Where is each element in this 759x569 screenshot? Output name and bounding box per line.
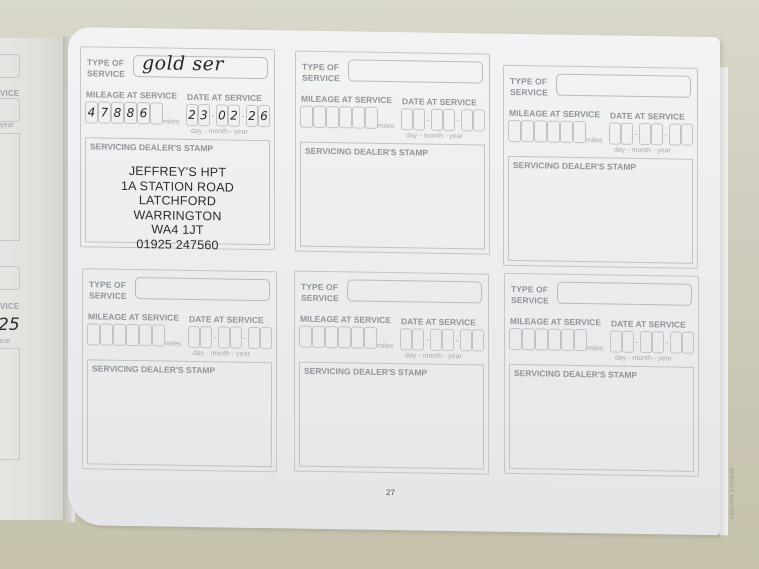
mileage-label: MILEAGE AT SERVICE: [88, 311, 179, 322]
date-field[interactable]: --: [401, 108, 485, 131]
dealer-stamp-label: SERVICING DEALER'S STAMP: [304, 366, 427, 378]
mileage-digit-box[interactable]: [312, 326, 325, 348]
mileage-digit-box[interactable]: [573, 121, 586, 143]
type-of-service-label: TYPE OF SERVICE: [87, 57, 125, 80]
mileage-digit-box[interactable]: [325, 326, 338, 348]
mileage-digit-box[interactable]: 7: [98, 101, 111, 123]
type-of-service-label: TYPE OF SERVICE: [511, 284, 549, 307]
miles-unit: miles: [163, 118, 179, 125]
date-digit-box[interactable]: [188, 326, 200, 348]
date-digit-box[interactable]: [460, 329, 472, 351]
miles-unit: miles: [165, 341, 181, 348]
prev-type-box: [0, 54, 20, 78]
mileage-digit-box[interactable]: [547, 121, 560, 143]
prev-stamp-box-2: [0, 348, 20, 460]
date-field[interactable]: --: [400, 328, 484, 351]
date-digit-box[interactable]: [461, 109, 473, 131]
dealer-stamp-label: SERVICING DEALER'S STAMP: [305, 146, 428, 158]
date-digit-box[interactable]: [401, 108, 413, 130]
mileage-digit-box[interactable]: [535, 328, 548, 350]
type-of-service-label: TYPE OF SERVICE: [510, 76, 548, 99]
date-digit-box[interactable]: 2: [186, 104, 198, 126]
date-digit-box[interactable]: [639, 123, 651, 145]
date-digit-box[interactable]: [442, 329, 454, 351]
date-digit-box[interactable]: [610, 331, 622, 353]
date-digit-box[interactable]: 0: [216, 104, 228, 126]
date-field[interactable]: 23-02-26: [186, 104, 270, 127]
prev-date-label-2: VICE: [0, 302, 19, 311]
prev-date-hint-2: ear: [0, 338, 11, 345]
date-format-hint: day - month - year: [406, 132, 463, 140]
date-digit-box[interactable]: [412, 328, 424, 350]
dealer-stamp-label: SERVICING DEALER'S STAMP: [90, 141, 213, 153]
mileage-label: MILEAGE AT SERVICE: [509, 108, 600, 119]
date-digit-box[interactable]: [400, 328, 412, 350]
mileage-digit-box[interactable]: [339, 106, 352, 128]
dealer-stamp-label: SERVICING DEALER'S STAMP: [514, 368, 637, 380]
date-label: DATE AT SERVICE: [611, 319, 686, 330]
date-format-hint: day - month - year: [191, 128, 248, 136]
type-of-service-field[interactable]: [557, 282, 692, 306]
page-edge: SERVICE HISTORY: [720, 67, 728, 535]
date-format-hint: day - month - year: [615, 355, 672, 363]
mileage-digit-box[interactable]: [548, 329, 561, 351]
dealer-stamp: JEFFREY'S HPT1A STATION ROADLATCHFORDWAR…: [86, 163, 269, 253]
miles-unit: miles: [587, 345, 603, 352]
service-entry-top-right: TYPE OF SERVICE MILEAGE AT SERVICE miles…: [503, 65, 698, 269]
mileage-digit-box[interactable]: [126, 324, 139, 346]
prev-date-hint: year: [0, 122, 14, 129]
date-digit-box[interactable]: [443, 109, 455, 131]
mileage-digit-box[interactable]: [534, 120, 547, 142]
dealer-stamp-box[interactable]: SERVICING DEALER'S STAMP: [509, 364, 694, 472]
mileage-field[interactable]: 47886: [85, 101, 163, 124]
date-field[interactable]: --: [610, 331, 694, 354]
mileage-label: MILEAGE AT SERVICE: [301, 94, 392, 105]
miles-unit: miles: [378, 123, 394, 130]
date-digit-box[interactable]: [200, 326, 212, 348]
service-entry-bottom-right: TYPE OF SERVICE MILEAGE AT SERVICE miles…: [504, 273, 699, 477]
mileage-digit-box[interactable]: [150, 102, 163, 124]
date-digit-box[interactable]: [682, 332, 694, 354]
date-digit-box[interactable]: [651, 123, 663, 145]
mileage-digit-box[interactable]: 8: [124, 102, 137, 124]
type-of-service-label: TYPE OF SERVICE: [301, 282, 339, 305]
date-digit-box[interactable]: [621, 123, 633, 145]
date-format-hint: day - month - year: [193, 350, 250, 358]
mileage-field[interactable]: [508, 120, 586, 143]
mileage-digit-box[interactable]: [560, 121, 573, 143]
date-digit-box[interactable]: [230, 327, 242, 349]
service-entry-bottom-middle: TYPE OF SERVICE MILEAGE AT SERVICE miles…: [294, 271, 489, 475]
date-digit-box[interactable]: [218, 326, 230, 348]
mileage-label: MILEAGE AT SERVICE: [86, 89, 177, 100]
mileage-digit-box[interactable]: [364, 327, 377, 349]
dealer-stamp-label: SERVICING DEALER'S STAMP: [92, 363, 215, 375]
mileage-field[interactable]: [299, 326, 377, 349]
page-number: 27: [386, 488, 395, 497]
mileage-digit-box[interactable]: [508, 120, 521, 142]
type-of-service-field[interactable]: [135, 277, 270, 301]
type-of-service-field[interactable]: gold ser: [133, 55, 268, 79]
mileage-field[interactable]: [509, 328, 587, 351]
mileage-digit-box[interactable]: [352, 106, 365, 128]
mileage-digit-box[interactable]: [365, 107, 378, 129]
date-digit-box[interactable]: [670, 331, 682, 353]
mileage-label: MILEAGE AT SERVICE: [300, 314, 391, 325]
type-of-service-value: gold ser: [142, 52, 224, 75]
date-label: DATE AT SERVICE: [189, 314, 264, 325]
date-digit-box[interactable]: [681, 124, 693, 146]
date-digit-box[interactable]: [413, 108, 425, 130]
dealer-stamp-box[interactable]: SERVICING DEALER'S STAMP: [299, 362, 484, 470]
mileage-digit-box[interactable]: [100, 324, 113, 346]
dealer-stamp-label: SERVICING DEALER'S STAMP: [513, 160, 636, 172]
mileage-digit-box[interactable]: [338, 326, 351, 348]
dealer-stamp: [509, 182, 692, 185]
type-of-service-field[interactable]: [556, 74, 691, 98]
mileage-label: MILEAGE AT SERVICE: [510, 316, 601, 327]
date-field[interactable]: --: [609, 122, 693, 145]
dealer-stamp-box[interactable]: SERVICING DEALER'S STAMP: [87, 359, 272, 467]
service-entry-top-left: TYPE OF SERVICE gold ser MILEAGE AT SERV…: [80, 46, 275, 250]
type-of-service-label: TYPE OF SERVICE: [302, 62, 340, 85]
date-digit-box[interactable]: [473, 109, 485, 131]
mileage-digit-box[interactable]: [561, 329, 574, 351]
date-digit-box[interactable]: [669, 123, 681, 145]
date-label: DATE AT SERVICE: [187, 92, 262, 103]
mileage-digit-box[interactable]: [87, 323, 100, 345]
mileage-digit-box[interactable]: [522, 328, 535, 350]
edge-text: SERVICE HISTORY: [728, 467, 734, 520]
date-digit-box[interactable]: 6: [258, 105, 270, 127]
date-digit-box[interactable]: [430, 329, 442, 351]
miles-unit: miles: [377, 343, 393, 350]
date-digit-box[interactable]: [431, 109, 443, 131]
date-digit-box[interactable]: 2: [246, 105, 258, 127]
type-of-service-field[interactable]: [347, 279, 482, 303]
mileage-digit-box[interactable]: 8: [111, 102, 124, 124]
date-label: DATE AT SERVICE: [402, 96, 477, 107]
mileage-digit-box[interactable]: [139, 324, 152, 346]
date-digit-box[interactable]: [248, 327, 260, 349]
mileage-field[interactable]: [300, 106, 378, 129]
type-of-service-label: TYPE OF SERVICE: [89, 279, 127, 302]
previous-page: VICE year VICE 25 ear: [0, 38, 70, 520]
miles-unit: miles: [586, 137, 602, 144]
date-field[interactable]: --: [188, 326, 272, 349]
prev-date-label: VICE: [0, 89, 19, 98]
prev-stamp-box: [0, 133, 20, 241]
dealer-stamp: [301, 168, 484, 171]
mileage-digit-box[interactable]: [113, 324, 126, 346]
date-digit-box[interactable]: [609, 122, 621, 144]
service-record-page: SERVICE HISTORY TYPE OF SERVICE gold ser…: [68, 27, 720, 535]
dealer-stamp: [300, 388, 483, 391]
mileage-digit-box[interactable]: 6: [137, 102, 150, 124]
mileage-digit-box[interactable]: [521, 120, 534, 142]
date-digit-box[interactable]: [622, 331, 634, 353]
dealer-stamp: [510, 390, 693, 393]
mileage-digit-box[interactable]: [509, 328, 522, 350]
date-label: DATE AT SERVICE: [401, 316, 476, 327]
mileage-digit-box[interactable]: [351, 326, 364, 348]
date-digit-box[interactable]: [640, 331, 652, 353]
prev-type-box-2: [0, 266, 20, 290]
date-digit-box[interactable]: [472, 329, 484, 351]
mileage-digit-box[interactable]: [300, 106, 313, 128]
mileage-digit-box[interactable]: [299, 326, 312, 348]
type-of-service-field[interactable]: [348, 59, 483, 83]
mileage-digit-box[interactable]: [152, 324, 165, 346]
prev-date-boxes: [0, 98, 20, 122]
mileage-digit-box[interactable]: [326, 106, 339, 128]
mileage-field[interactable]: [87, 323, 165, 346]
stamp-line: 01925 247560: [86, 236, 269, 253]
date-format-hint: day - month - year: [614, 147, 671, 155]
dealer-stamp-box[interactable]: SERVICING DEALER'S STAMP: [508, 156, 693, 264]
mileage-digit-box[interactable]: 4: [85, 101, 98, 123]
dealer-stamp: [88, 385, 271, 388]
dealer-stamp-box[interactable]: SERVICING DEALER'S STAMP JEFFREY'S HPT1A…: [85, 137, 270, 245]
mileage-digit-box[interactable]: [313, 106, 326, 128]
date-format-hint: day - month - year: [405, 352, 462, 360]
service-entry-bottom-left: TYPE OF SERVICE MILEAGE AT SERVICE miles…: [82, 268, 277, 472]
date-digit-box[interactable]: [260, 327, 272, 349]
date-digit-box[interactable]: 3: [198, 104, 210, 126]
date-label: DATE AT SERVICE: [610, 111, 685, 122]
date-digit-box[interactable]: 2: [228, 105, 240, 127]
mileage-digit-box[interactable]: [574, 329, 587, 351]
prev-handwritten-date: 25: [0, 315, 20, 335]
date-digit-box[interactable]: [652, 331, 664, 353]
service-entry-top-middle: TYPE OF SERVICE MILEAGE AT SERVICE miles…: [295, 51, 490, 255]
dealer-stamp-box[interactable]: SERVICING DEALER'S STAMP: [300, 142, 485, 250]
